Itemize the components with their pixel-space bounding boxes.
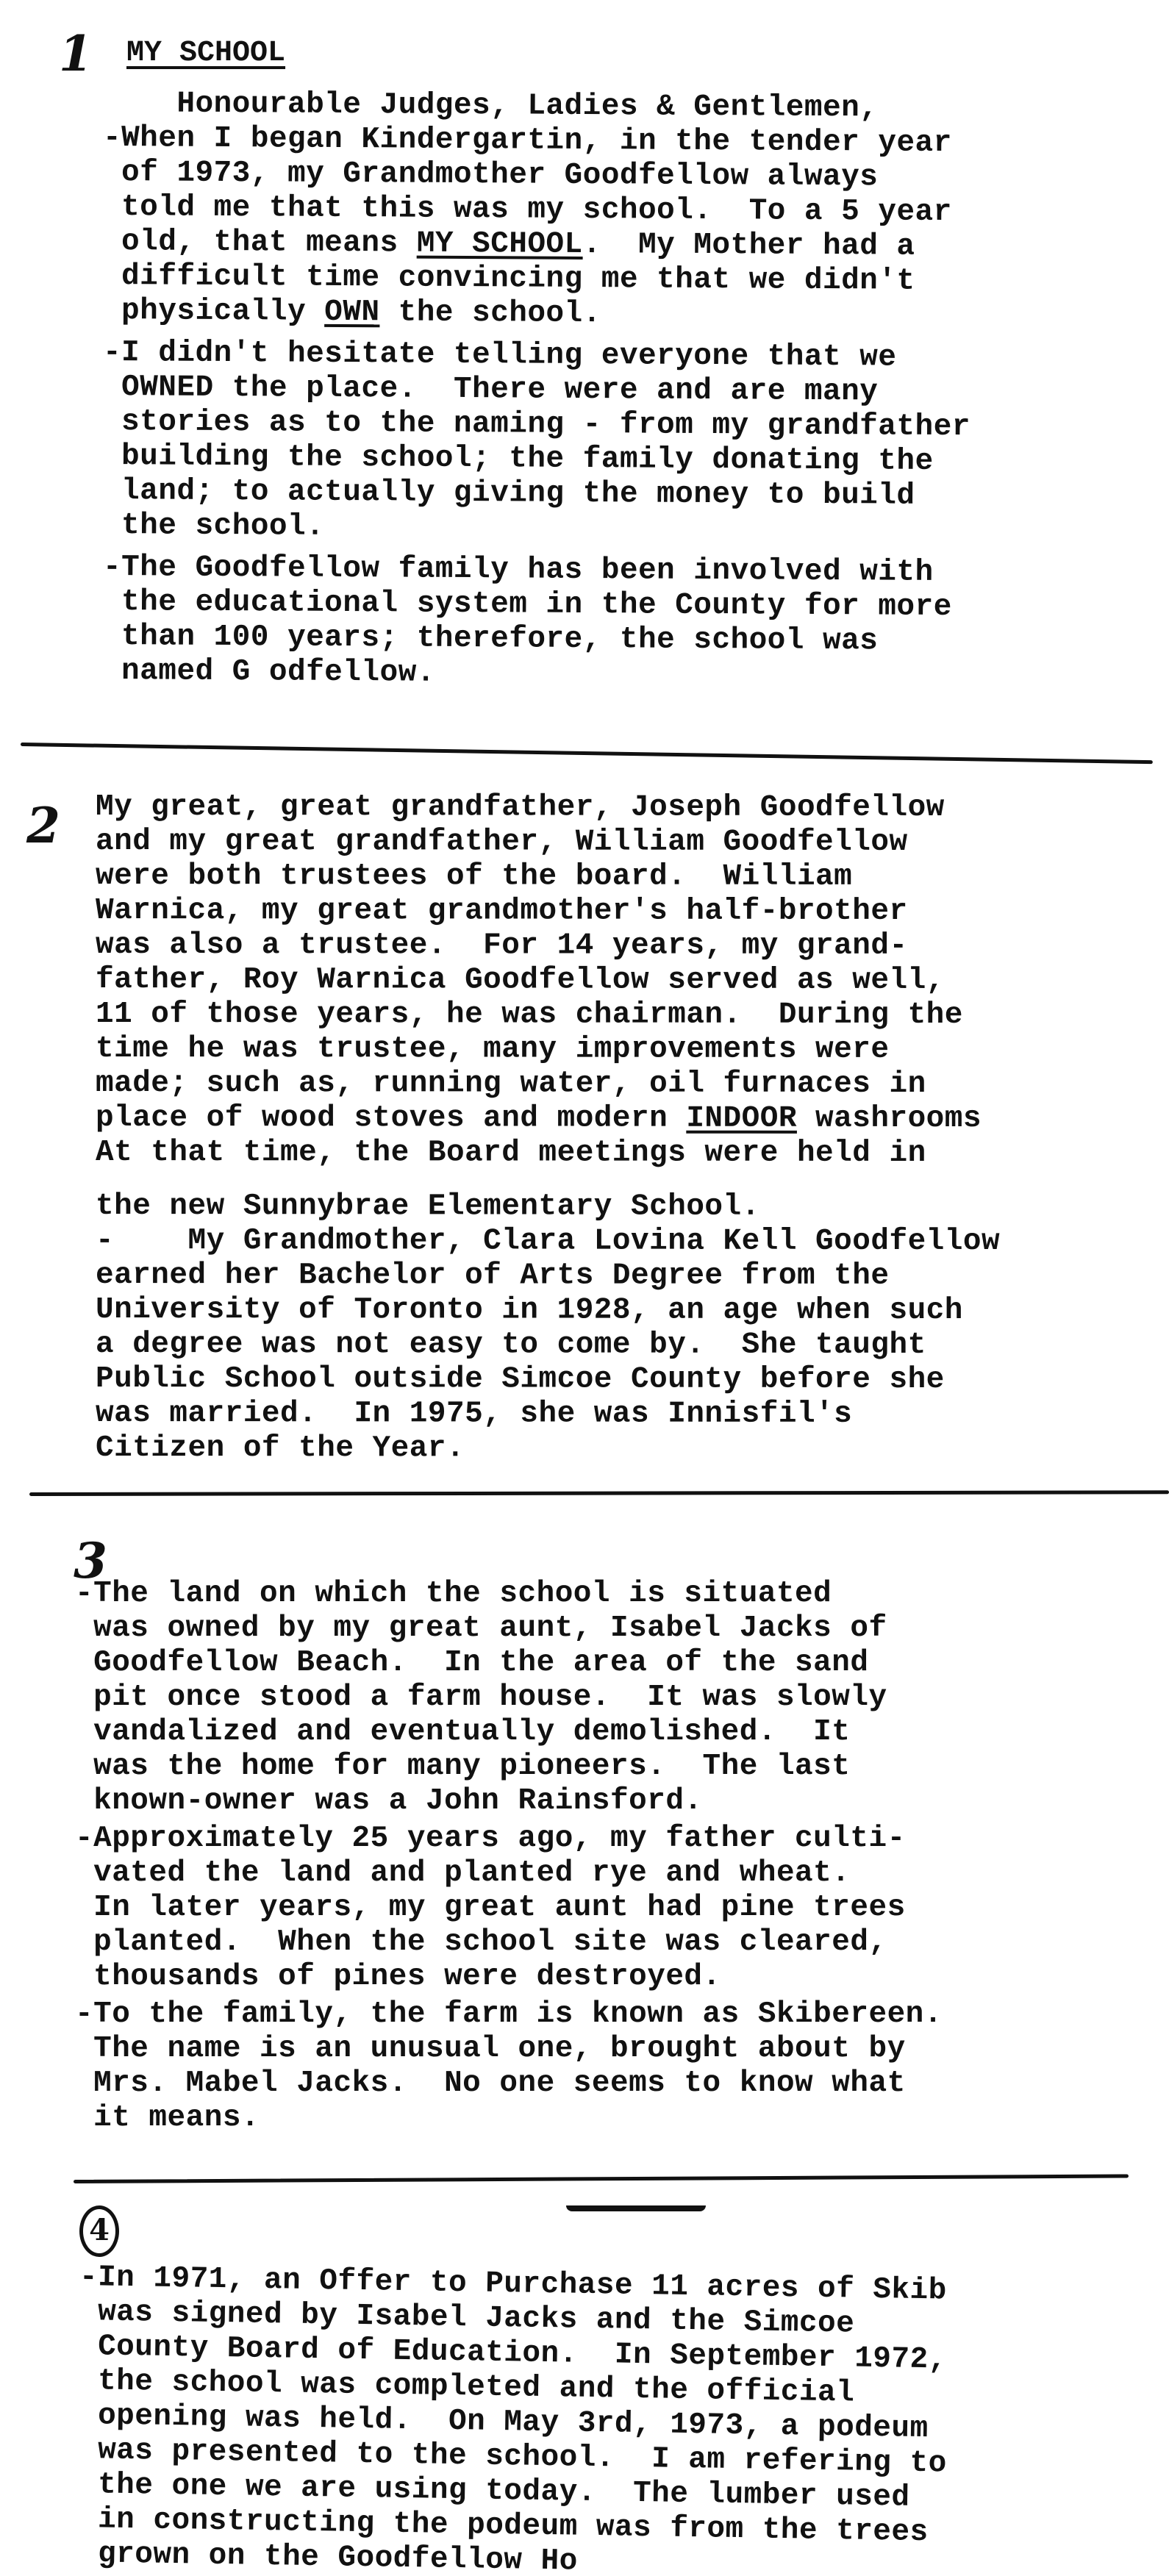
text-line: vandalized and eventually demolished. It [75, 1715, 850, 1749]
pen-mark [566, 2205, 706, 2211]
text-line: 11 of those years, he was chairman. Duri… [96, 998, 963, 1032]
underlined-word: OWN [324, 296, 380, 329]
text-line: Honourable Judges, Ladies & Gentlemen, [103, 87, 879, 125]
text-line: In later years, my great aunt had pine t… [75, 1891, 906, 1925]
text-line: were both trustees of the board. William [96, 859, 852, 894]
text-line: At that time, the Board meetings were he… [96, 1136, 926, 1170]
text-line: - My Grandmother, Clara Lovina Kell Good… [96, 1224, 1000, 1259]
text-line: Mrs. Mabel Jacks. No one seems to know w… [75, 2067, 906, 2100]
underlined-word: MY SCHOOL [417, 227, 583, 262]
text-line: building the school; the family donating… [103, 440, 934, 479]
text-line: -Approximately 25 years ago, my father c… [75, 1822, 906, 1856]
text-line: was the home for many pioneers. The last [75, 1750, 850, 1783]
text-line: it means. [75, 2101, 260, 2135]
section-divider [21, 743, 1153, 764]
text-line: The name is an unusual one, brought abou… [75, 2032, 906, 2066]
text-line: named G odfellow. [103, 654, 435, 690]
text-line: than 100 years; therefore, the school wa… [103, 620, 879, 658]
underlined-word: INDOOR [686, 1102, 797, 1136]
text-line: was married. In 1975, she was Innisfil's [96, 1397, 852, 1431]
text-line: place of wood stoves and modern INDOOR w… [96, 1101, 982, 1136]
text-line: Goodfellow Beach. In the area of the san… [75, 1646, 868, 1680]
section-marker-2: 2 [26, 801, 60, 850]
text-line: time he was trustee, many improvements w… [96, 1032, 890, 1067]
text-line: the school. [103, 509, 325, 544]
text-line: -When I began Kindergartin, in the tende… [103, 121, 952, 160]
section-marker-1: 1 [59, 29, 93, 78]
text-line: father, Roy Warnica Goodfellow served as… [96, 963, 945, 998]
section-divider [74, 2174, 1129, 2183]
section-divider [29, 1490, 1169, 1496]
text-line: the educational system in the County for… [103, 585, 952, 624]
document-title: MY SCHOOL [126, 37, 285, 70]
text-line: physically OWN the school. [103, 294, 601, 331]
text-line: a degree was not easy to come by. She ta… [96, 1328, 926, 1362]
typewritten-speech-page: 1 MY SCHOOL Honourable Judges, Ladies & … [0, 0, 1169, 2576]
text-line: stories as to the naming - from my grand… [103, 405, 970, 444]
text-line: earned her Bachelor of Arts Degree from … [96, 1259, 890, 1293]
text-line: -To the family, the farm is known as Ski… [75, 1997, 943, 2031]
text-line: and my great grandfather, William Goodfe… [96, 825, 908, 859]
text-line: known-owner was a John Rainsford. [75, 1784, 703, 1818]
text-line: was owned by my great aunt, Isabel Jacks… [75, 1611, 887, 1645]
text-line: Warnica, my great grandmother's half-bro… [96, 894, 908, 929]
text-line: old, that means MY SCHOOL. My Mother had… [103, 225, 915, 264]
text-line: vated the land and planted rye and wheat… [75, 1856, 850, 1890]
text-line: made; such as, running water, oil furnac… [96, 1067, 926, 1101]
text-line: told me that this was my school. To a 5 … [103, 190, 952, 229]
text-line: University of Toronto in 1928, an age wh… [96, 1293, 963, 1328]
text-line: Citizen of the Year. [96, 1431, 465, 1465]
text-line: My great, great grandfather, Joseph Good… [96, 790, 945, 825]
text-line: was also a trustee. For 14 years, my gra… [96, 929, 908, 963]
text-line: OWNED the place. There were and are many [103, 371, 879, 409]
text-line: the new Sunnybrae Elementary School. [96, 1189, 760, 1224]
text-line: land; to actually giving the money to bu… [103, 474, 915, 513]
text-line: difficult time convincing me that we did… [103, 260, 915, 298]
text-line: -The land on which the school is situate… [75, 1577, 832, 1611]
section-marker-4: 4 [79, 2205, 119, 2257]
text-line: of 1973, my Grandmother Goodfellow alway… [103, 156, 879, 194]
text-line: -The Goodfellow family has been involved… [103, 551, 934, 590]
text-line: pit once stood a farm house. It was slow… [75, 1681, 887, 1714]
text-line: -I didn't hesitate telling everyone that… [103, 336, 897, 375]
text-line: thousands of pines were destroyed. [75, 1960, 721, 1994]
text-line: Public School outside Simcoe County befo… [96, 1362, 945, 1397]
text-line: planted. When the school site was cleare… [75, 1925, 887, 1959]
